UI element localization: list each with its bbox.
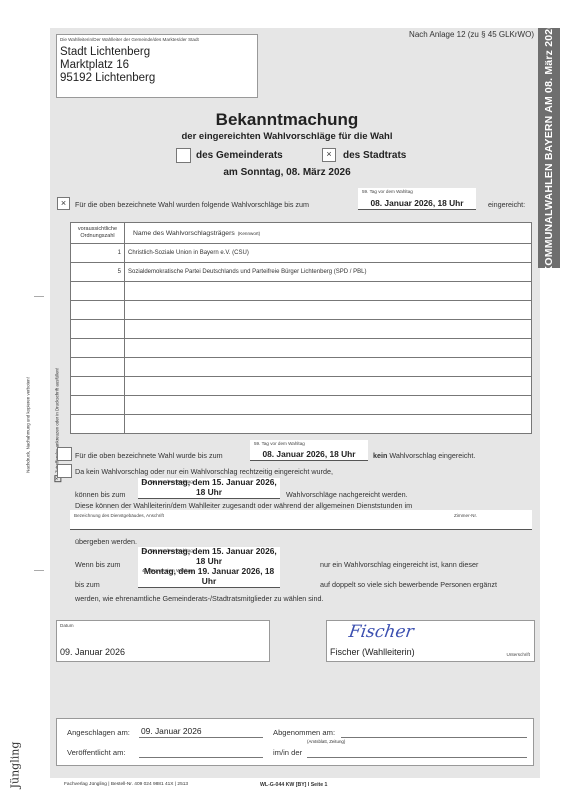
name-cell[interactable]: Christlich-Soziale Union in Bayern e.V. … (125, 244, 532, 263)
table-row (71, 377, 532, 396)
table-row (71, 415, 532, 434)
nominations-table: voraussichtliche Ordnungszahl Name des W… (70, 222, 532, 434)
date-value: 09. Januar 2026 (60, 647, 125, 657)
order-cell[interactable] (71, 301, 125, 320)
order-cell[interactable] (71, 320, 125, 339)
signer-name: Fischer (Wahlleiterin) (330, 647, 415, 657)
col-name-header-text: Name des Wahlvorschlagsträgers (133, 230, 235, 237)
published-label: Veröffentlicht am: (67, 748, 126, 757)
office-caption: Bezeichnung des Dienstgebäudes, Anschrif… (74, 513, 164, 518)
name-cell[interactable]: Sozialdemokratische Partei Deutschlands … (125, 263, 532, 282)
name-cell[interactable] (125, 282, 532, 301)
side-band: KOMMUNALWAHLEN BAYERN AM 08. März 2026 (538, 28, 560, 268)
none-submitted-text: Für die oben bezeichnete Wahl wurde bis … (75, 451, 223, 460)
punch-mark (34, 296, 44, 297)
name-cell[interactable] (125, 396, 532, 415)
submitted-text: Für die oben bezeichnete Wahl wurden fol… (75, 200, 309, 209)
table-row: 1Christlich-Soziale Union in Bayern e.V.… (71, 244, 532, 263)
removed-label: Abgenommen am: (273, 728, 335, 737)
legal-basis: Nach Anlage 12 (zu § 45 GLKrWO) (409, 30, 534, 39)
authority-address: Stadt Lichtenberg Marktplatz 16 95192 Li… (60, 46, 155, 85)
publisher-logo: Jüngling (0, 735, 32, 795)
table-row: 5Sozialdemokratische Partei Deutschlands… (71, 263, 532, 282)
late-line7: werden, wie ehrenamtliche Gemeinderats-/… (75, 594, 324, 603)
election-date: am Sonntag, 08. März 2026 (0, 167, 574, 178)
late-line1: Da kein Wahlvorschlag oder nur ein Wahlv… (75, 467, 333, 476)
authority-address-box: Die Wahlleiterin/Der Wahlleiter der Geme… (56, 34, 258, 98)
gemeinderat-checkbox[interactable] (176, 148, 191, 163)
name-cell[interactable] (125, 320, 532, 339)
deadline-value: Donnerstag, dem 15. Januar 2026, 18 Uhr (138, 477, 280, 497)
table-row (71, 301, 532, 320)
table-row (71, 396, 532, 415)
deadline-value: 08. Januar 2026, 18 Uhr (250, 449, 368, 459)
form-id-footer: WL-G-044 KW [BY] I Seite 1 (260, 782, 327, 788)
authority-caption: Die Wahlleiterin/Der Wahlleiter der Geme… (60, 37, 199, 42)
col-name-hint: (Kennwort) (238, 231, 260, 236)
none-deadline-field[interactable]: 59. Tag vor dem Wahltag 08. Januar 2026,… (250, 440, 368, 461)
deadline-caption: 59. Tag vor dem Wahltag (362, 189, 413, 194)
order-cell[interactable]: 1 (71, 244, 125, 263)
late-line2-after: Wahlvorschläge nachgereicht werden. (286, 490, 408, 499)
copyright-note: Nachdruck, Nachahmung und kopieren verbo… (26, 377, 31, 473)
late-deadline3-field[interactable]: 48. Tag vor dem Wahltag Montag, dem 19. … (138, 567, 280, 588)
side-band-text: KOMMUNALWAHLEN BAYERN AM 08. März 2026 (543, 23, 555, 274)
posted-value: 09. Januar 2026 (141, 726, 202, 736)
stadtrat-checkbox[interactable]: × (322, 148, 336, 162)
name-cell[interactable] (125, 339, 532, 358)
submitted-text-after: eingereicht: (488, 200, 525, 209)
submitted-checkbox[interactable]: × (57, 197, 70, 210)
authority-line: Marktplatz 16 (60, 59, 155, 72)
late-deadline1-field[interactable]: 52. Tag vor dem Wahltag Donnerstag, dem … (138, 478, 280, 499)
stadtrat-label: des Stadtrats (343, 150, 406, 161)
authority-line: 95192 Lichtenberg (60, 72, 155, 85)
col-order-header: voraussichtliche Ordnungszahl (71, 223, 125, 244)
late-line3: Diese können der Wahlleiterin/dem Wahlle… (75, 501, 412, 510)
publisher-footer: Fachverlag Jüngling | Bestell-Nr. 409 02… (64, 782, 188, 787)
punch-mark (34, 570, 44, 571)
order-cell[interactable] (71, 358, 125, 377)
date-box[interactable]: Datum 09. Januar 2026 (56, 620, 270, 662)
office-field[interactable]: Bezeichnung des Dienstgebäudes, Anschrif… (70, 510, 532, 530)
none-text-after: Wahlvorschlag eingereicht. (389, 451, 475, 460)
order-cell[interactable] (71, 339, 125, 358)
late-line5-after: nur ein Wahlvorschlag eingereicht ist, k… (320, 560, 478, 569)
name-cell[interactable] (125, 301, 532, 320)
order-cell[interactable] (71, 282, 125, 301)
removed-field[interactable] (341, 726, 527, 738)
name-cell[interactable] (125, 415, 532, 434)
late-line2-before: können bis zum (75, 490, 125, 499)
published-field[interactable] (139, 746, 263, 758)
name-cell[interactable] (125, 358, 532, 377)
page-subtitle: der eingereichten Wahlvorschläge für die… (0, 131, 574, 142)
none-submitted-text-after: kein Wahlvorschlag eingereicht. (373, 451, 475, 460)
authority-line: Stadt Lichtenberg (60, 46, 155, 59)
table-header-row: voraussichtliche Ordnungszahl Name des W… (71, 223, 532, 244)
order-cell[interactable] (71, 396, 125, 415)
deadline-value: Montag, dem 19. Januar 2026, 18 Uhr (138, 566, 280, 586)
page-title: Bekanntmachung (0, 110, 574, 130)
posting-box: Angeschlagen am: 09. Januar 2026 Abgenom… (56, 718, 534, 766)
order-cell[interactable]: 5 (71, 263, 125, 282)
col-name-header: Name des Wahlvorschlagsträgers(Kennwort) (125, 223, 532, 244)
submitted-deadline-field[interactable]: 59. Tag vor dem Wahltag 08. Januar 2026,… (358, 188, 476, 210)
table-row (71, 339, 532, 358)
deadline-value: Donnerstag, dem 15. Januar 2026, 18 Uhr (138, 546, 280, 566)
deadline-caption: 59. Tag vor dem Wahltag (254, 441, 305, 446)
signature-box[interactable]: Fischer Fischer (Wahlleiterin) Unterschr… (326, 620, 535, 662)
late-line4: übergeben werden. (75, 537, 137, 546)
late-line5-before: Wenn bis zum (75, 560, 120, 569)
in-field[interactable] (307, 746, 527, 758)
name-cell[interactable] (125, 377, 532, 396)
late-line6-after: auf doppelt so viele sich bewerbende Per… (320, 580, 497, 589)
date-caption: Datum (60, 623, 74, 628)
signature-caption: Unterschrift (507, 652, 531, 657)
room-caption: Zimmer-Nr. (454, 513, 477, 518)
table-row (71, 282, 532, 301)
in-caption: (Amtsblatt, Zeitung) (307, 739, 345, 744)
publisher-logo-text: Jüngling (9, 742, 22, 789)
table-row (71, 320, 532, 339)
order-cell[interactable] (71, 415, 125, 434)
late-line6-before: bis zum (75, 580, 100, 589)
side-note: Nachdruck, Nachahmung und kopieren verbo… (17, 340, 47, 510)
late-checkbox[interactable] (57, 464, 72, 478)
order-cell[interactable] (71, 377, 125, 396)
none-bold: kein (373, 451, 387, 460)
none-submitted-checkbox[interactable] (57, 447, 72, 461)
in-label: im/in der (273, 748, 302, 757)
posted-label: Angeschlagen am: (67, 728, 130, 737)
late-deadline2-field[interactable]: 52. Tag vor dem Wahltag Donnerstag, dem … (138, 547, 280, 568)
gemeinderat-label: des Gemeinderats (196, 150, 283, 161)
deadline-value: 08. Januar 2026, 18 Uhr (358, 198, 476, 208)
table-row (71, 358, 532, 377)
handwritten-signature: Fischer (348, 622, 415, 642)
posted-field[interactable]: 09. Januar 2026 (139, 726, 263, 738)
